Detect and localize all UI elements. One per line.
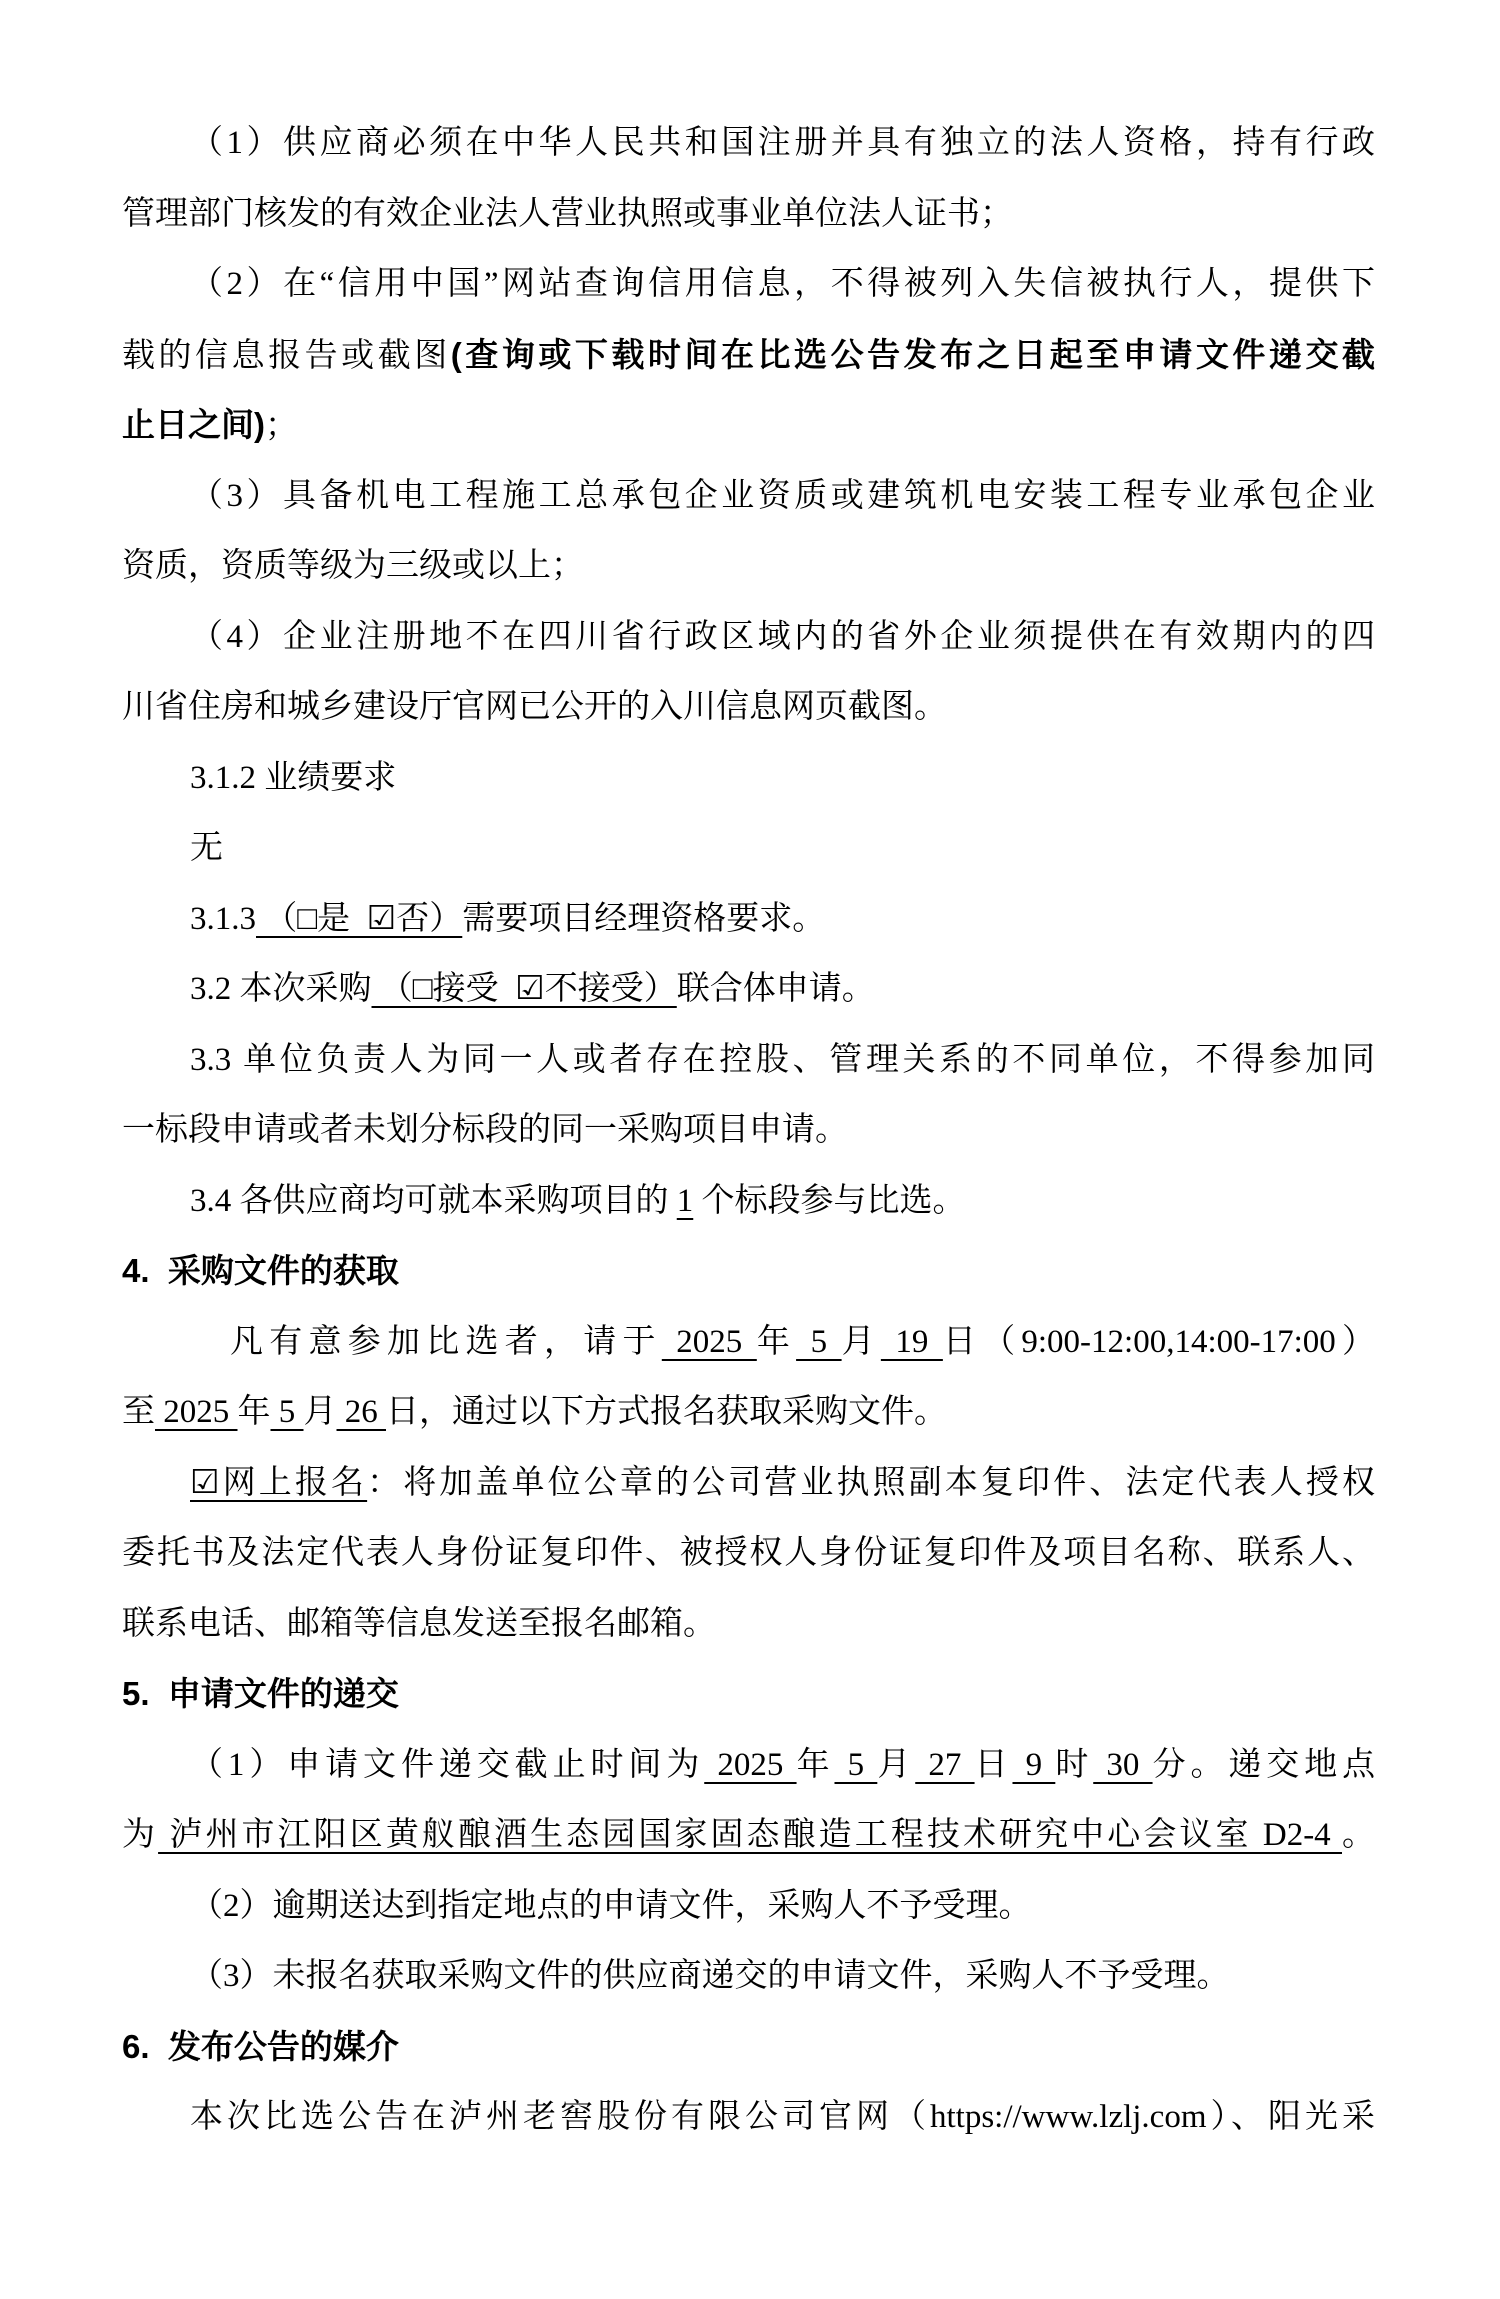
underlined-text: 2025	[155, 1394, 238, 1430]
text-run: （3）未报名获取采购文件的供应商递交的申请文件，采购人不予受理。	[190, 1958, 1230, 1994]
bold-text: (查询或下载时间在比选公告发布之日起至申请文件递交截	[451, 336, 1375, 373]
underlined-text: 19	[881, 1324, 943, 1360]
section-heading-text: 6. 发布公告的媒介	[122, 2028, 399, 2065]
document-page: （1）供应商必须在中华人民共和国注册并具有独立的法人资格，持有行政管理部门核发的…	[0, 0, 1500, 2299]
underlined-text: 5	[271, 1394, 304, 1430]
text-run: 3.4 各供应商均可就本采购项目的	[190, 1183, 677, 1219]
underlined-text: （□是 ☑否）	[256, 901, 462, 937]
text-run: 月	[304, 1394, 337, 1430]
underlined-text: 2025	[704, 1747, 796, 1783]
text-run: 一标段申请或者未划分标段的同一采购项目申请。	[122, 1112, 848, 1148]
section-4-line-2: 至 2025 年 5 月 26 日，通过以下方式报名获取采购文件。	[122, 1377, 1375, 1448]
text-run: 委托书及法定代表人身份证复印件、被授权人身份证复印件及项目名称、联系人、	[122, 1535, 1375, 1571]
underlined-text: 30	[1093, 1747, 1152, 1783]
clause-33-line-2: 一标段申请或者未划分标段的同一采购项目申请。	[122, 1095, 1375, 1166]
text-run: 无	[190, 830, 223, 866]
text-run: 资质，资质等级为三级或以上；	[122, 548, 584, 584]
clause-3-line-1: （3）具备机电工程施工总承包企业资质或建筑机电安装工程专业承包企业	[122, 461, 1375, 532]
section-6-heading: 6. 发布公告的媒介	[122, 2012, 1375, 2083]
text-run: 年	[238, 1394, 271, 1430]
clause-4-line-2: 川省住房和城乡建设厅官网已公开的入川信息网页截图。	[122, 672, 1375, 743]
text-run: （2）在“信用中国”网站查询信用信息，不得被列入失信被执行人，提供下	[190, 266, 1375, 302]
clause-33-line-1: 3.3 单位负责人为同一人或者存在控股、管理关系的不同单位，不得参加同	[122, 1025, 1375, 1096]
bold-text: 止日之间)	[122, 406, 265, 443]
underlined-text: 9	[1012, 1747, 1055, 1783]
clause-2-line-2: 载的信息报告或截图(查询或下载时间在比选公告发布之日起至申请文件递交截	[122, 320, 1375, 391]
online-signup-line-3: 联系电话、邮箱等信息发送至报名邮箱。	[122, 1589, 1375, 1660]
text-run: （2）逾期送达到指定地点的申请文件，采购人不予受理。	[190, 1888, 1032, 1924]
underlined-text: 泸州市江阳区黄舣酿酒生态园国家固态酿造工程技术研究中心会议室 D2-4	[158, 1817, 1342, 1853]
clause-313: 3.1.3 （□是 ☑否）需要项目经理资格要求。	[122, 884, 1375, 955]
clause-32: 3.2 本次采购 （□接受 ☑不接受）联合体申请。	[122, 954, 1375, 1025]
text-run: 分。递交地点	[1153, 1747, 1376, 1783]
text-run: 为	[122, 1817, 158, 1853]
underlined-text: 5	[834, 1747, 877, 1783]
text-run: 联系电话、邮箱等信息发送至报名邮箱。	[122, 1606, 716, 1642]
text-run: 管理部门核发的有效企业法人营业执照或事业单位法人证书；	[122, 196, 1013, 232]
text-run: 。	[1342, 1817, 1375, 1853]
text-run: 日	[975, 1747, 1013, 1783]
underlined-text: 26	[337, 1394, 387, 1430]
text-run: 载的信息报告或截图	[122, 338, 451, 374]
text-run: 个标段参与比选。	[693, 1183, 965, 1219]
text-run: 川省住房和城乡建设厅官网已公开的入川信息网页截图。	[122, 689, 947, 725]
clause-1-line-1: （1）供应商必须在中华人民共和国注册并具有独立的法人资格，持有行政	[122, 108, 1375, 179]
underlined-text: 5	[796, 1324, 842, 1360]
section-5-line-4: （3）未报名获取采购文件的供应商递交的申请文件，采购人不予受理。	[122, 1941, 1375, 2012]
section-4-line-1: 凡有意参加比选者，请于 2025 年 5 月 19 日（9:00-12:00,1…	[122, 1307, 1375, 1378]
clause-2-line-1: （2）在“信用中国”网站查询信用信息，不得被列入失信被执行人，提供下	[122, 249, 1375, 320]
clause-1-line-2: 管理部门核发的有效企业法人营业执照或事业单位法人证书；	[122, 179, 1375, 250]
text-run: （1）供应商必须在中华人民共和国注册并具有独立的法人资格，持有行政	[190, 125, 1375, 161]
section-5-line-1: （1）申请文件递交截止时间为 2025 年 5 月 27 日 9 时 30 分。…	[122, 1730, 1375, 1801]
clause-34: 3.4 各供应商均可就本采购项目的 1 个标段参与比选。	[122, 1166, 1375, 1237]
underlined-text: 27	[915, 1747, 974, 1783]
text-run: （4）企业注册地不在四川省行政区域内的省外企业须提供在有效期内的四	[190, 619, 1375, 655]
clause-4-line-1: （4）企业注册地不在四川省行政区域内的省外企业须提供在有效期内的四	[122, 602, 1375, 673]
underlined-text: 2025	[662, 1324, 757, 1360]
text-run: 本次比选公告在泸州老窖股份有限公司官网（https://www.lzlj.com…	[190, 2099, 1375, 2135]
clause-312-value: 无	[122, 813, 1375, 884]
online-signup-line-1: ☑网上报名：将加盖单位公章的公司营业执照副本复印件、法定代表人授权	[122, 1448, 1375, 1519]
section-heading-text: 5. 申请文件的递交	[122, 1675, 399, 1712]
online-signup-line-2: 委托书及法定代表人身份证复印件、被授权人身份证复印件及项目名称、联系人、	[122, 1518, 1375, 1589]
underlined-text: 1	[677, 1183, 694, 1219]
text-run: 3.2 本次采购	[190, 971, 372, 1007]
text-run: 日，通过以下方式报名获取采购文件。	[386, 1394, 947, 1430]
text-run: 月	[877, 1747, 915, 1783]
section-5-heading: 5. 申请文件的递交	[122, 1659, 1375, 1730]
text-run: 3.1.2 业绩要求	[190, 760, 396, 796]
text-run: 联合体申请。	[677, 971, 875, 1007]
text-run: 3.1.3	[190, 901, 256, 937]
text-run: 月	[842, 1324, 881, 1360]
underlined-text: ☑网上报名	[190, 1465, 367, 1501]
text-run: 年	[757, 1324, 796, 1360]
section-heading-text: 4. 采购文件的获取	[122, 1252, 399, 1289]
text-run: 时	[1055, 1747, 1093, 1783]
section-5-line-2: 为 泸州市江阳区黄舣酿酒生态园国家固态酿造工程技术研究中心会议室 D2-4 。	[122, 1800, 1375, 1871]
clause-312-heading: 3.1.2 业绩要求	[122, 743, 1375, 814]
clause-3-line-2: 资质，资质等级为三级或以上；	[122, 531, 1375, 602]
text-run: （3）具备机电工程施工总承包企业资质或建筑机电安装工程专业承包企业	[190, 478, 1375, 514]
text-run: ：将加盖单位公章的公司营业执照副本复印件、法定代表人授权	[367, 1465, 1375, 1501]
text-run: ；	[265, 408, 298, 444]
section-5-line-3: （2）逾期送达到指定地点的申请文件，采购人不予受理。	[122, 1871, 1375, 1942]
underlined-text: （□接受 ☑不接受）	[372, 971, 677, 1007]
clause-2-line-3: 止日之间)；	[122, 390, 1375, 461]
section-4-heading: 4. 采购文件的获取	[122, 1236, 1375, 1307]
text-run: 至	[122, 1394, 155, 1430]
text-run: （1）申请文件递交截止时间为	[190, 1747, 704, 1783]
text-run: 年	[797, 1747, 835, 1783]
document-content: （1）供应商必须在中华人民共和国注册并具有独立的法人资格，持有行政管理部门核发的…	[122, 108, 1375, 2153]
text-run: 凡有意参加比选者，请于	[230, 1324, 662, 1360]
text-run: 需要项目经理资格要求。	[462, 901, 825, 937]
text-run: 3.3 单位负责人为同一人或者存在控股、管理关系的不同单位，不得参加同	[190, 1042, 1375, 1078]
section-6-line-1: 本次比选公告在泸州老窖股份有限公司官网（https://www.lzlj.com…	[122, 2082, 1375, 2153]
text-run: 日（9:00-12:00,14:00-17:00）	[943, 1324, 1375, 1360]
